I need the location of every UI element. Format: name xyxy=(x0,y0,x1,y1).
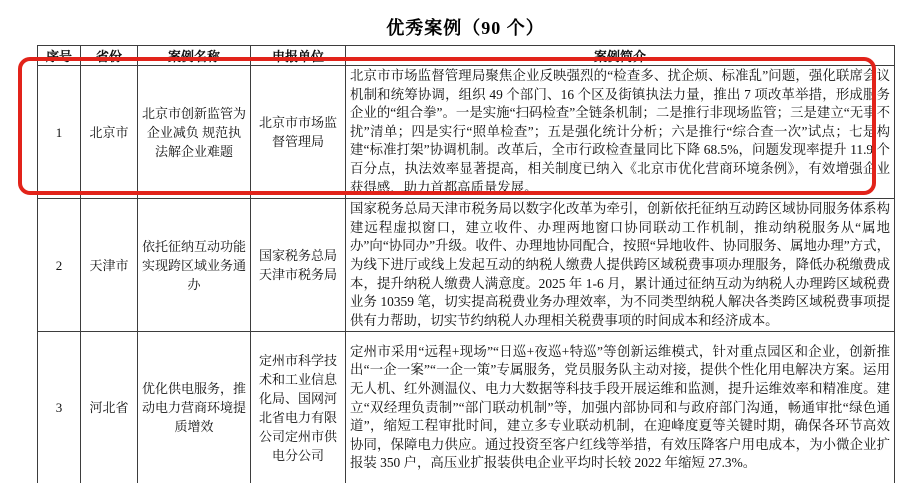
document-page: 优秀案例（90 个） 序号 省份 案例名称 申报单位 案例简介 1 北京市 北京… xyxy=(0,0,908,483)
index-cell: 3 xyxy=(38,332,81,483)
col-header-index: 序号 xyxy=(38,46,81,66)
index-cell: 1 xyxy=(38,66,81,199)
province-cell: 天津市 xyxy=(81,199,138,332)
table-header-row: 序号 省份 案例名称 申报单位 案例简介 xyxy=(38,46,895,66)
table-row-hebei: 3 河北省 优化供电服务，推动电力营商环境提质增效 定州市科学技术和工业信息化局… xyxy=(38,332,895,483)
col-header-case-name: 案例名称 xyxy=(138,46,251,66)
table-row-tianjin: 2 天津市 依托征纳互动功能实现跨区域业务通办 国家税务总局天津市税务局 国家税… xyxy=(38,199,895,332)
case-name-cell: 优化供电服务，推动电力营商环境提质增效 xyxy=(138,332,251,483)
cases-table: 序号 省份 案例名称 申报单位 案例简介 1 北京市 北京市创新监管为企业减负 … xyxy=(37,45,895,483)
case-name-cell: 依托征纳互动功能实现跨区域业务通办 xyxy=(138,199,251,332)
table-row-beijing: 1 北京市 北京市创新监管为企业减负 规范执法解企业难题 北京市市场监督管理局 … xyxy=(38,66,895,199)
col-header-province: 省份 xyxy=(81,46,138,66)
province-cell: 北京市 xyxy=(81,66,138,199)
summary-cell: 定州市采用“远程+现场”“日巡+夜巡+特巡”等创新运维模式，针对重点园区和企业，… xyxy=(346,332,895,483)
unit-cell: 北京市市场监督管理局 xyxy=(251,66,346,199)
case-name-cell: 北京市创新监管为企业减负 规范执法解企业难题 xyxy=(138,66,251,199)
province-cell: 河北省 xyxy=(81,332,138,483)
page-title: 优秀案例（90 个） xyxy=(37,14,894,40)
col-header-unit: 申报单位 xyxy=(251,46,346,66)
col-header-summary: 案例简介 xyxy=(346,46,895,66)
unit-cell: 国家税务总局天津市税务局 xyxy=(251,199,346,332)
index-cell: 2 xyxy=(38,199,81,332)
summary-cell: 北京市市场监督管理局聚焦企业反映强烈的“检查多、扰企烦、标准乱”问题，强化联席会… xyxy=(346,66,895,199)
summary-cell: 国家税务总局天津市税务局以数字化改革为牵引，创新依托征纳互动跨区域协同服务体系构… xyxy=(346,199,895,332)
unit-cell: 定州市科学技术和工业信息化局、国网河北省电力有限公司定州市供电分公司 xyxy=(251,332,346,483)
